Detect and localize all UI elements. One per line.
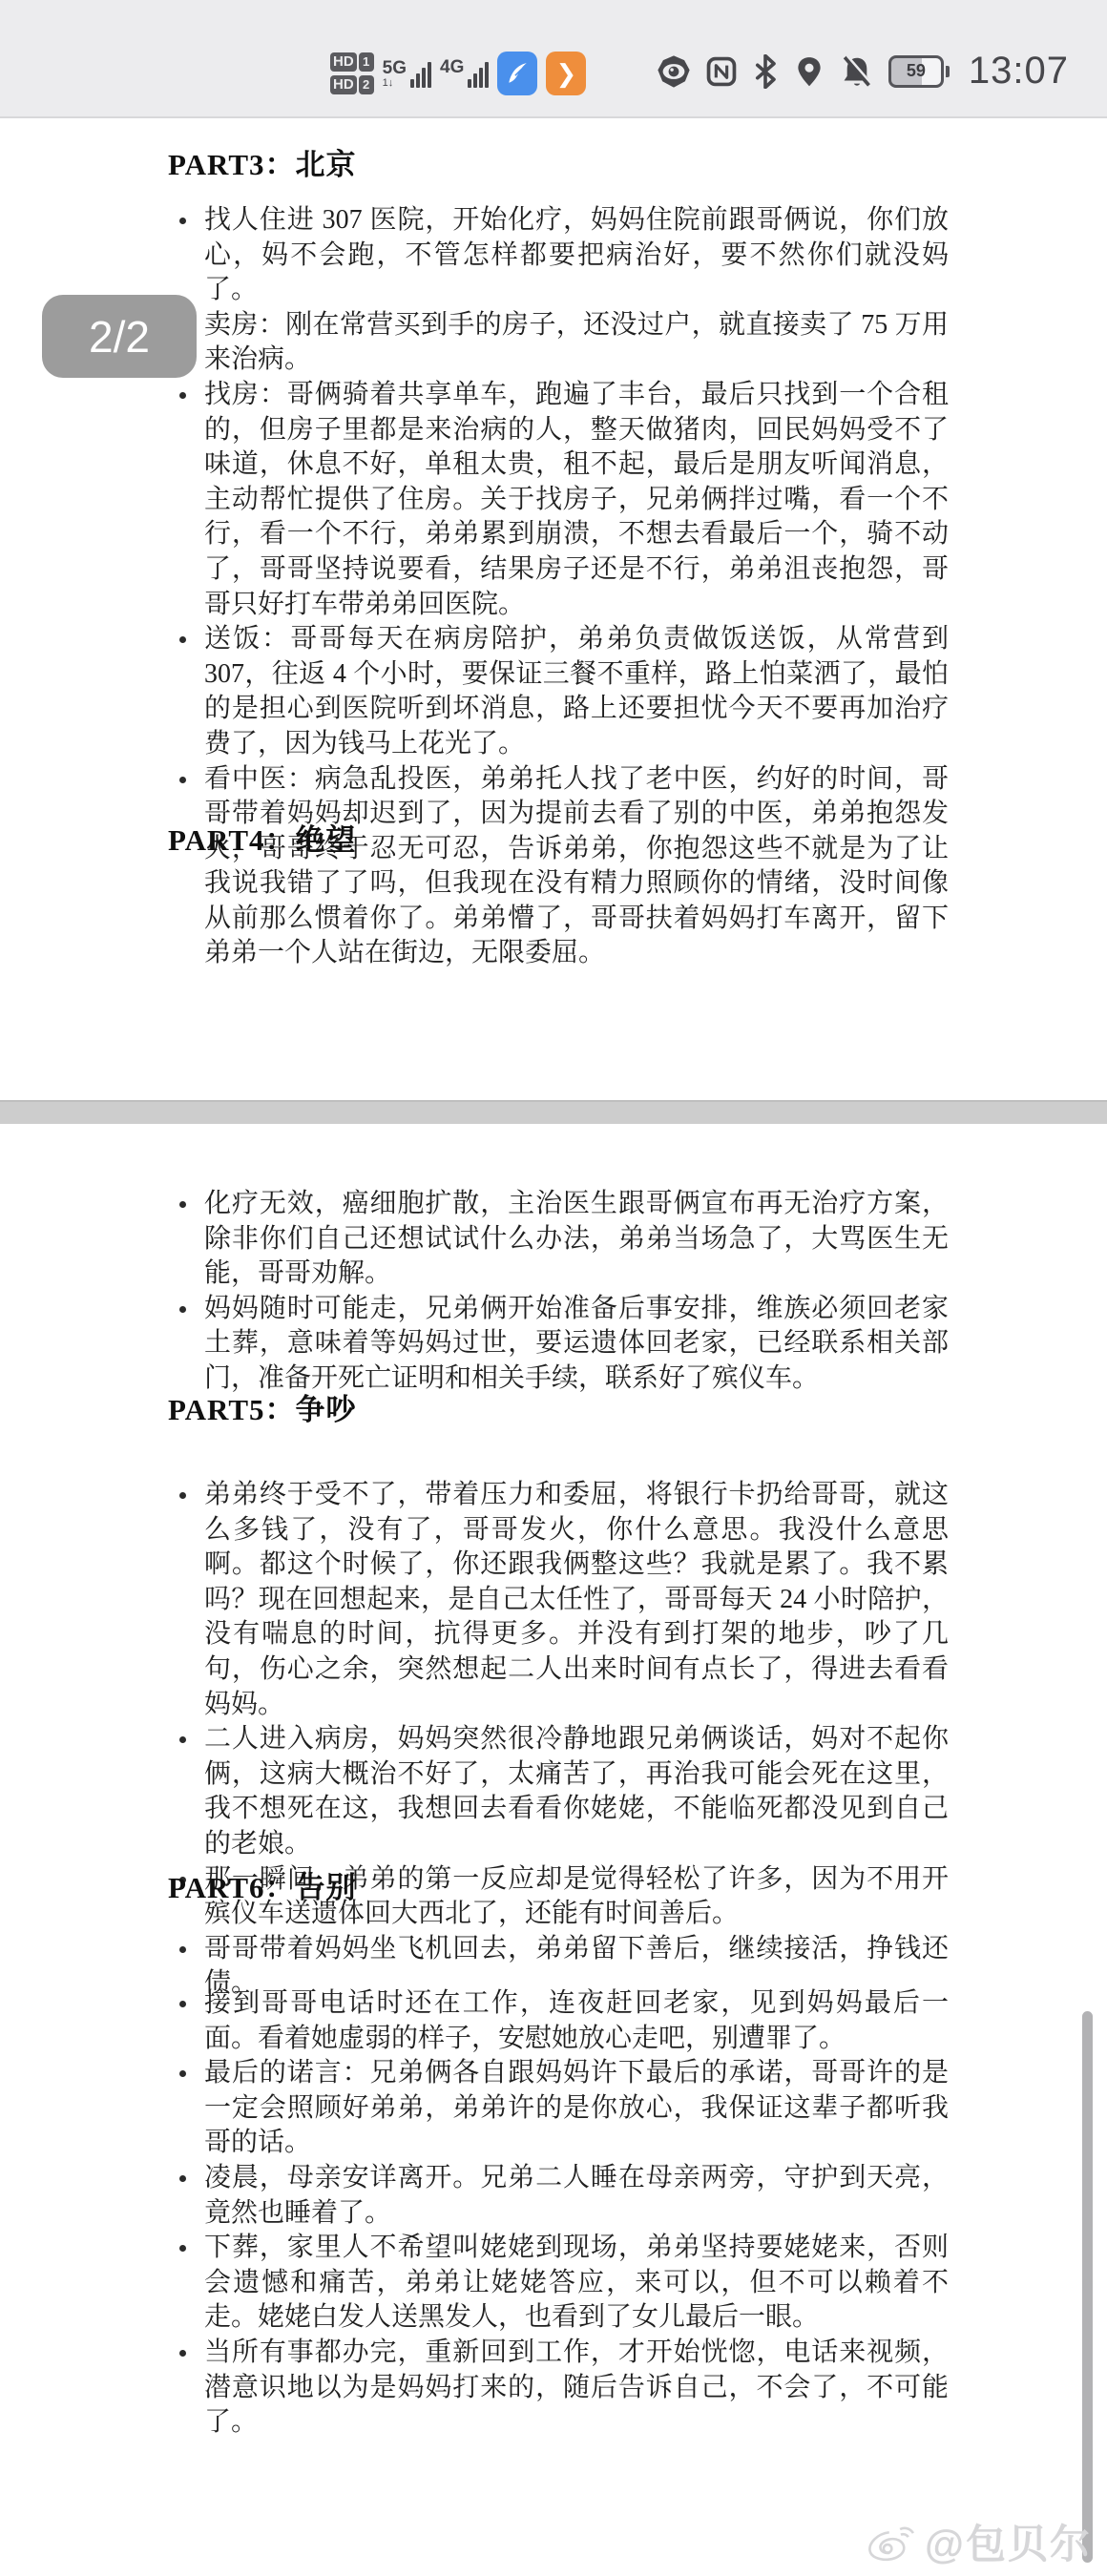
battery-indicator: 59 [888,55,950,88]
nfc-icon [705,55,738,88]
bullet-item: 卖房：刚在常营买到手的房子，还没过户，就直接卖了 75 万用来治病。 [178,308,949,378]
location-icon [793,54,825,89]
bullet-dot-icon [179,392,186,399]
bullet-text: 二人进入病房，妈妈突然很冷静地跟兄弟俩谈话，妈对不起你俩，这病大概治不好了，太痛… [204,1724,949,1859]
bullet-dot-icon [179,1736,186,1743]
clock-time: 13:07 [969,50,1069,93]
hd1-badge: HD [330,52,357,72]
bullet-dot-icon [179,636,186,643]
bullet-dot-icon [179,1946,186,1953]
bullet-item: 凌晨，母亲安详离开。兄弟二人睡在母亲两旁，守护到天亮，竟然也睡着了。 [178,2161,949,2231]
bullet-text: 找房：哥俩骑着共享单车，跑遍了丰台，最后只找到一个合租的，但房子里都是来治病的人… [204,380,949,619]
hd2-sim-number: 2 [359,75,374,94]
bullet-text: 凌晨，母亲安详离开。兄弟二人睡在母亲两旁，守护到天亮，竟然也睡着了。 [204,2163,949,2228]
bullet-dot-icon [179,2175,186,2182]
bullet-text: 弟弟终于受不了，带着压力和委屈，将银行卡扔给哥哥，就这么多钱了，没有了，哥哥发火… [204,1480,949,1719]
weibo-logo-icon [867,2521,917,2563]
bullet-item: 最后的诺言：兄弟俩各自跟妈妈许下最后的承诺，哥哥许的是一定会照顾好弟弟，弟弟许的… [178,2056,949,2161]
bullet-item: 妈妈随时可能走，兄弟俩开始准备后事安排，维族必须回老家土葬，意味着等妈妈过世，要… [178,1292,949,1397]
bullet-text: 找人住进 307 医院，开始化疗，妈妈住院前跟哥俩说，你们放心，妈不会跑，不管怎… [204,205,949,304]
bullet-text: 当所有事都办完，重新回到工作，才开始恍惚，电话来视频，潜意识地以为是妈妈打来的，… [204,2337,949,2437]
bullet-text: 送饭：哥哥每天在病房陪护，弟弟负责做饭送饭，从常营到 307，往返 4 个小时，… [204,624,949,758]
bullet-item: 当所有事都办完，重新回到工作，才开始恍惚，电话来视频，潜意识地以为是妈妈打来的，… [178,2336,949,2441]
status-bar-right: 59 13:07 [656,50,1069,93]
bullet-text: 卖房：刚在常营买到手的房子，还没过户，就直接卖了 75 万用来治病。 [204,310,949,375]
battery-percent: 59 [907,61,926,81]
sim2-signal: 4G [440,59,489,88]
bullet-text: 妈妈随时可能走，兄弟俩开始准备后事安排，维族必须回老家土葬，意味着等妈妈过世，要… [204,1294,949,1393]
bullet-dot-icon [179,2350,186,2357]
bullet-dot-icon [179,2245,186,2252]
arrow-app-notification-icon: ❯ [546,52,586,95]
page-indicator-badge: 2/2 [42,295,197,378]
hd1-sim-number: 1 [359,52,374,72]
bullet-dot-icon [179,1201,186,1208]
bullet-item: 弟弟终于受不了，带着压力和委屈，将银行卡扔给哥哥，就这么多钱了，没有了，哥哥发火… [178,1478,949,1722]
eye-comfort-icon [656,53,692,90]
hd-badges: HD 1 HD 2 [330,52,374,94]
bullet-item: 化疗无效，癌细胞扩散，主治医生跟哥俩宣布再无治疗方案，除非你们自己还想试试什么办… [178,1187,949,1292]
page-indicator-text: 2/2 [89,311,150,363]
bullet-item: 送饭：哥哥每天在病房陪护，弟弟负责做饭送饭，从常营到 307，往返 4 个小时，… [178,622,949,761]
battery-cap [946,66,950,77]
bluetooth-icon [751,54,780,89]
bullet-item: 接到哥哥电话时还在工作，连夜赶回老家，见到妈妈最后一面。看着她虚弱的样子，安慰她… [178,1986,949,2056]
bullet-text: 接到哥哥电话时还在工作，连夜赶回老家，见到妈妈最后一面。看着她虚弱的样子，安慰她… [204,1988,949,2053]
bullet-item: 看中医：病急乱投医，弟弟托人找了老中医，约好的时间，哥哥带着妈妈却迟到了，因为提… [178,762,949,972]
bullet-dot-icon [179,2001,186,2007]
phone-screenshot: { "status_bar": { "hd_badges": [ {"label… [0,0,1107,2576]
part4-bullet-list: 化疗无效，癌细胞扩散，主治医生跟哥俩宣布再无治疗方案，除非你们自己还想试试什么办… [178,1187,949,1397]
bullet-item: 二人进入病房，妈妈突然很冷静地跟兄弟俩谈话，妈对不起你俩，这病大概治不好了，太痛… [178,1722,949,1861]
bullet-dot-icon [179,2070,186,2077]
part3-heading: PART3：北京 [168,140,357,183]
bullet-item: 找房：哥俩骑着共享单车，跑遍了丰台，最后只找到一个合租的，但房子里都是来治病的人… [178,378,949,622]
feather-app-notification-icon [497,52,537,95]
weibo-watermark: @包贝尔 [867,2513,1092,2570]
notifications-muted-icon [839,53,875,90]
sim1-network-label: 5G [383,60,407,77]
bullet-text: 下葬，家里人不希望叫姥姥到现场，弟弟坚持要姥姥来，否则会遗憾和痛苦，弟弟让姥姥答… [204,2233,949,2332]
bullet-item: 找人住进 307 医院，开始化疗，妈妈住院前跟哥俩说，你们放心，妈不会跑，不管怎… [178,203,949,308]
sim1-signal-bars-icon [410,59,431,88]
status-bar: HD 1 HD 2 5G 1↓ 4G [0,0,1107,118]
watermark-text: @包贝尔 [925,2513,1092,2570]
bullet-dot-icon [179,1306,186,1313]
hd2-badge: HD [330,75,357,94]
vertical-scrollbar-thumb[interactable] [1082,2011,1093,2563]
sim1-signal: 5G 1↓ [383,59,431,88]
part4-heading: PART4：绝望 [168,816,357,859]
bullet-text: 看中医：病急乱投医，弟弟托人找了老中医，约好的时间，哥哥带着妈妈却迟到了，因为提… [204,764,949,968]
status-bar-left: HD 1 HD 2 5G 1↓ 4G [330,52,586,95]
part6-bullet-list: 接到哥哥电话时还在工作，连夜赶回老家，见到妈妈最后一面。看着她虚弱的样子，安慰她… [178,1986,949,2441]
sim2-signal-bars-icon [468,59,489,88]
page-stitch-divider [0,1100,1107,1124]
part5-heading: PART5：争吵 [168,1385,357,1428]
sim2-network-label: 4G [440,59,464,76]
bullet-text: 最后的诺言：兄弟俩各自跟妈妈许下最后的承诺，哥哥许的是一定会照顾好弟弟，弟弟许的… [204,2058,949,2157]
part5-bullet-list: 弟弟终于受不了，带着压力和委屈，将银行卡扔给哥哥，就这么多钱了，没有了，哥哥发火… [178,1478,949,2002]
part6-heading: PART6：告别 [168,1863,357,1906]
sim1-data-indicator: 1↓ [383,78,394,88]
bullet-dot-icon [179,1492,186,1499]
bullet-text: 化疗无效，癌细胞扩散，主治医生跟哥俩宣布再无治疗方案，除非你们自己还想试试什么办… [204,1189,949,1288]
bullet-item: 下葬，家里人不希望叫姥姥到现场，弟弟坚持要姥姥来，否则会遗憾和痛苦，弟弟让姥姥答… [178,2231,949,2336]
bullet-dot-icon [179,218,186,224]
bullet-dot-icon [179,777,186,783]
